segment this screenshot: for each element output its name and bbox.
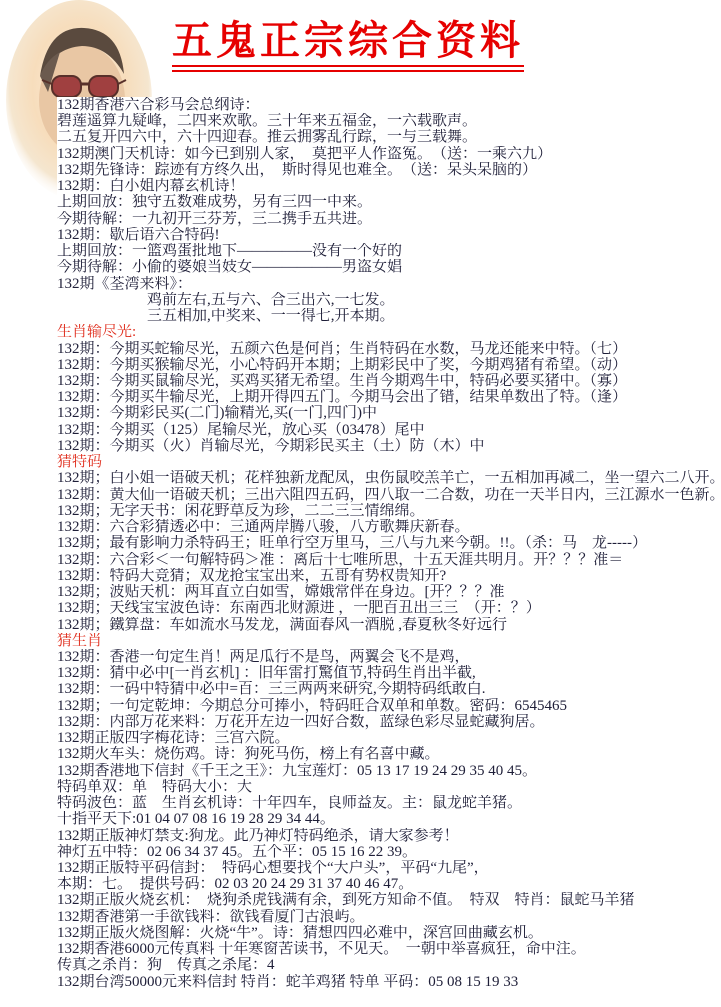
text-line: 132期火车头：烧伤鸡。诗：狗死马伤，榜上有名喜中藏。 (57, 746, 721, 762)
text-line: 神灯五中特：02 06 34 37 45。五个平：05 15 16 22 39。 (57, 844, 721, 860)
text-line: 特码波色：蓝 生肖玄机诗：十年四车，良师益友。主：鼠龙蛇羊猪。 (57, 795, 721, 811)
text-line: 132期澳门天机诗：如今已到别人家， 莫把平人作盗冤。 （送：一乘六九） (57, 146, 721, 162)
text-line: 132期；天线宝宝波色诗：东南西北财源进 ，一肥百丑出三三 （开：？） (57, 600, 721, 616)
text-line: 132期：今期买牛输尽光，上期开得四五门。今期马会出了错，结果单数出了特。（逢） (57, 389, 721, 405)
section-heading: 猜特码 (57, 454, 721, 470)
text-line: 三五相加,中奖来、一一得七,开本期。 (57, 308, 721, 324)
text-line: 132期正版四字梅花诗：三宫六院。 (57, 730, 721, 746)
text-line: 132期：香港一句定生肖！两足瓜行不是鸟，两翼会飞不是鸡， (57, 649, 721, 665)
text-line: 132期；鐵算盘：车如流水马发龙，满面春风一酒脱 ,春夏秋冬好远行 (57, 617, 721, 633)
text-line: 132期：白小姐内幕玄机诗！ (57, 178, 721, 194)
text-line: 132期香港地下信封《千王之王》：九宝莲灯：05 13 17 19 24 29 … (57, 763, 721, 779)
text-line: 上期回放：独守五数难成势，另有三四一中来。 (57, 194, 721, 210)
text-line: 二五复开四六中，六十四迎春。推云拥雾乱行踪，一与三载舞。 (57, 129, 721, 145)
text-line: 上期回放：一篮鸡蛋批地下—————没有一个好的 (57, 243, 721, 259)
text-line: 132期；波贴天机：两耳直立白如雪，嫦娥常伴在身边。[开？？？准 (57, 584, 721, 600)
text-line: 传真之杀肖：狗 传真之杀尾：4 (57, 957, 721, 973)
text-line: 今期待解：一九初开三芬芳，三二携手五共进。 (57, 211, 721, 227)
text-line: 132期：今期买（125）尾输尽光，放心买（03478）尾中 (57, 422, 721, 438)
text-line: 132期香港第一手欲钱料：欲钱看厦门古浪屿。 (57, 909, 721, 925)
page-header: 五鬼正宗综合资料 (172, 18, 721, 75)
section-heading: 猜生肖 (57, 633, 721, 649)
text-line: 132期：今期买猴输尽光，小心特码开本期；上期彩民中了奖，今期鸡猪有希望。（动） (57, 357, 721, 373)
text-line: 132期：内部万花来料：万花开左边一四好合数，蓝绿色彩尽显蛇藏狗居。 (57, 714, 721, 730)
text-line: 132期：黄大仙一语破天机；三出六阻四五码，四八取一二合数，功在一天半日内，三江… (57, 487, 721, 503)
text-line: 132期：歇后语六合特码! (57, 227, 721, 243)
text-line: 132期；最有影响力杀特码王；旺单行空万里马，三八与九来今朝。!!。（杀：马 龙… (57, 535, 721, 551)
text-line: 132期台湾50000元来料信封 特肖：蛇羊鸡猪 特单 平码：05 08 15 … (57, 974, 721, 990)
text-line: 特码单双：单 特码大小：大 (57, 779, 721, 795)
page-title: 五鬼正宗综合资料 (172, 18, 524, 72)
text-line: 132期正版火烧图解：火烧“牛”。诗：猜想四四必难中，深宫回曲藏玄机。 (57, 925, 721, 941)
text-line: 碧莲遥算九疑峰，二四来欢歌。三十年来五福金，一六载歌声。 (57, 113, 721, 129)
text-line: 132期香港六合彩马会总纲诗： (57, 97, 721, 113)
text-line: 132期香港6000元传真料 十年寒窗苦读书，不见天。 一朝中举喜疯狂，命中注。 (57, 941, 721, 957)
text-line: 鸡前左右,五与六、合三出六,一七发。 (57, 292, 721, 308)
text-line: 132期《荃湾来料》： (57, 276, 721, 292)
section-heading: 生肖输尽光: (57, 324, 721, 340)
text-line: 132期：今期买蛇输尽光，五颜六色是何肖；生肖特码在水数，马龙还能来中特。（七） (57, 341, 721, 357)
text-line: 132期：六合彩＜一句解特码＞准 ：离后十七唯所思，十五天涯共明月。开？？？准＝ (57, 552, 721, 568)
text-line: 132期：六合彩猜透必中：三通两岸腾八骏，八方歌舞庆新春。 (57, 519, 721, 535)
text-line: 132期：今期买（火）肖输尽光，今期彩民买主（土）防（木）中 (57, 438, 721, 454)
text-line: 132期：特码大竞猜；双龙抢宝宝出来，五哥有势权贵知开? (57, 568, 721, 584)
text-line: 本期：七。 提供号码：02 03 20 24 29 31 37 40 46 47… (57, 876, 721, 892)
text-line: 132期正版特平码信封： 特码心想要找个“大户头”，平码“九尾”， (57, 860, 721, 876)
text-line: 132期：今期买鼠输尽光，买鸡买猪无希望。生肖今期鸡牛中，特码必要买猪中。（寡） (57, 373, 721, 389)
text-line: 132期；白小姐一语破天机；花样独新龙配凤，虫伤鼠咬羔羊亡，一五相加再减二，坐一… (57, 470, 721, 486)
text-line: 十指平天下:01 04 07 08 16 19 28 29 34 44。 (57, 811, 721, 827)
text-line: 132期先锋诗：踪迹有方终久出， 斯时得见也难全。 （送：呆头呆脑的） (57, 162, 721, 178)
text-line: 132期：一码中特猜中必中=百：三三两两来研究,今期特码纸敢白. (57, 681, 721, 697)
text-line: 132期；一句定乾坤：今期总分可捧小，特码旺合双单和单数。密码：6545465 (57, 698, 721, 714)
text-line: 132期正版火烧玄机： 烧狗杀虎钱满有余，到死方知命不值。 特双 特肖：鼠蛇马羊… (57, 892, 721, 908)
text-line: 132期：今期彩民买(二门)输精光,买(一门,四门)中 (57, 405, 721, 421)
text-line: 132期；无字天书：闲花野草反为珍，二二三三情绵绵。 (57, 503, 721, 519)
text-line: 132期：猜中必中[一肖玄机] ：旧年雷打驚值节,特码生肖出半截, (57, 665, 721, 681)
text-line: 132期正版神灯禁支:狗龙。此乃神灯特码绝杀，请大家参考！ (57, 828, 721, 844)
text-line: 今期待解：小偷的婆娘当妓女——————男盗女娼 (57, 259, 721, 275)
document-body: 132期香港六合彩马会总纲诗：碧莲遥算九疑峰，二四来欢歌。三十年来五福金，一六载… (57, 97, 721, 990)
